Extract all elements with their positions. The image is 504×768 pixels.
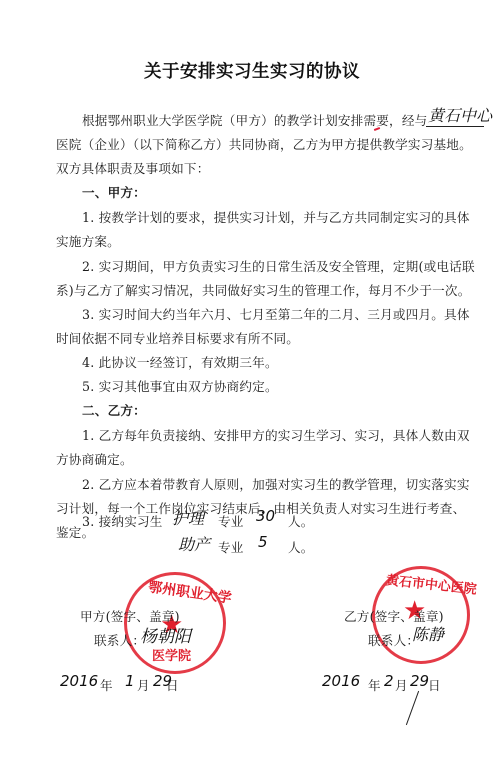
intake-unit-1: 人。 bbox=[288, 511, 314, 530]
intro-line-1: 根据鄂州职业大学医学院（甲方）的教学计划安排需要，经与 bbox=[82, 110, 427, 129]
document-title: 关于安排实习生实习的协议 bbox=[0, 58, 504, 83]
section-a-item-3-line-1: 3. 实习时间大约当年六月、七月至第二年的二月、三月或四月。具体 bbox=[82, 304, 470, 323]
section-a-item-3-line-2: 时间依据不同专业培养目标要求有所不同。 bbox=[56, 328, 299, 347]
pen-stroke bbox=[406, 691, 419, 725]
party-b-contact-signature: 陈静 bbox=[412, 622, 444, 645]
intake-count-1: 30 bbox=[256, 507, 275, 525]
party-a-contact-label: 联系人： bbox=[94, 630, 145, 649]
section-a-item-5: 5. 实习其他事宜由双方协商约定。 bbox=[82, 376, 278, 395]
section-a-item-1-line-1: 1. 按教学计划的要求，提供实习计划，并与乙方共同制定实习的具体 bbox=[82, 207, 470, 226]
red-ink-mark bbox=[374, 127, 380, 131]
section-a-item-4: 4. 此协议一经签订，有效期三年。 bbox=[82, 352, 278, 371]
intake-label: 3. 接纳实习生 bbox=[82, 511, 163, 530]
section-b-item-2-line-1: 2. 乙方应本着带教育人原则，加强对实习生的教学管理，切实落实实 bbox=[82, 474, 470, 493]
intake-unit-2: 人。 bbox=[288, 537, 314, 556]
section-a-item-2-line-2: 系)与乙方了解实习情况，共同做好实习生的管理工作，每月不少于一次。 bbox=[56, 280, 471, 299]
party-a-seal-bottom-text: 医学院 bbox=[152, 645, 191, 664]
intake-major-suffix-2: 专业 bbox=[218, 537, 244, 556]
intake-major-1: 护理 bbox=[172, 506, 204, 529]
section-b-item-1-line-2: 方协商确定。 bbox=[56, 449, 133, 468]
intake-count-2: 5 bbox=[258, 533, 268, 551]
intro-text: 根据鄂州职业大学医学院（甲方）的教学计划安排需要，经与 bbox=[82, 113, 427, 128]
intro-line-3: 双方具体职责及事项如下： bbox=[56, 158, 210, 177]
intake-major-2: 助产 bbox=[178, 532, 210, 555]
party-a-contact-signature: 杨朝阳 bbox=[140, 622, 191, 647]
hospital-name-underline bbox=[426, 126, 484, 127]
section-a-item-1-line-2: 实施方案。 bbox=[56, 231, 120, 250]
section-b-heading: 二、乙方： bbox=[82, 400, 146, 419]
handwritten-hospital-name: 黄石中心 bbox=[428, 103, 492, 126]
agreement-page: 关于安排实习生实习的协议 根据鄂州职业大学医学院（甲方）的教学计划安排需要，经与… bbox=[0, 0, 504, 768]
intro-line-2: 医院（企业）（以下简称乙方）共同协商，乙方为甲方提供教学实习基地。 bbox=[56, 134, 472, 153]
section-a-item-2-line-1: 2. 实习期间，甲方负责实习生的日常生活及安全管理，定期(或电话联 bbox=[82, 256, 475, 275]
intake-major-suffix-1: 专业 bbox=[218, 511, 244, 530]
section-a-heading: 一、甲方： bbox=[82, 182, 146, 201]
section-b-item-1-line-1: 1. 乙方每年负责接纳、安排甲方的实习生学习、实习，具体人数由双 bbox=[82, 425, 470, 444]
